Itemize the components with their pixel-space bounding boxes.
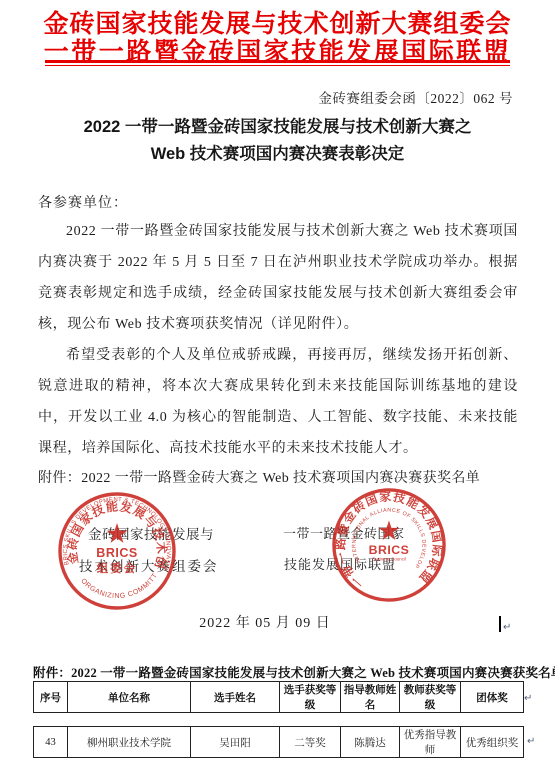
issue-date[interactable]: 2022 年 05 月 09 日 xyxy=(110,612,420,632)
col-header-competitor-award[interactable]: 选手获奖等级 xyxy=(280,682,341,713)
body-paragraph-2[interactable]: 希望受表彰的个人及单位戒骄戒躁，再接再厉，继续发扬开拓创新、锐意进取的精神，将本… xyxy=(38,340,518,464)
letterhead-rule-thick xyxy=(45,60,510,63)
cell-serial[interactable]: 43 xyxy=(34,727,68,758)
attachment-title[interactable]: 附件：2022 一带一路暨金砖国家技能发展与技术创新大赛之 Web 技术赛项国内… xyxy=(33,663,533,681)
table-header-row: 序号 单位名称 选手姓名 选手获奖等级 指导教师姓名 教师获奖等级 团体奖 xyxy=(34,682,524,713)
col-header-institution[interactable]: 单位名称 xyxy=(68,682,191,713)
col-header-competitor[interactable]: 选手姓名 xyxy=(191,682,280,713)
star-icon xyxy=(107,523,128,543)
cell-institution[interactable]: 柳州职业技术学院 xyxy=(68,727,191,758)
cell-instructor-award[interactable]: 优秀指导教师 xyxy=(400,727,461,758)
text-cursor xyxy=(499,616,501,632)
salutation[interactable]: 各参赛单位： xyxy=(38,192,128,212)
col-header-instructor-award[interactable]: 教师获奖等级 xyxy=(400,682,461,713)
organizing-committee-seal-icon: BRICS SKILLS DEVELOPMENT & TECHNOLOGY IN… xyxy=(56,490,178,612)
doc-number[interactable]: 金砖赛组委会函〔2022〕062 号 xyxy=(318,87,513,107)
body-paragraph-1[interactable]: 2022 一带一路暨金砖国家技能发展与技术创新大赛之 Web 技术赛项国内赛决赛… xyxy=(38,216,518,340)
awards-table-header: 序号 单位名称 选手姓名 选手获奖等级 指导教师姓名 教师获奖等级 团体奖 xyxy=(33,681,524,713)
letterhead-line2: 一带一路暨金砖国家技能发展国际联盟 xyxy=(0,32,555,68)
doc-title-line2[interactable]: Web 技术赛项国内赛决赛表彰决定 xyxy=(0,140,555,164)
cell-instructor[interactable]: 陈腾达 xyxy=(341,727,400,758)
cell-competitor-award[interactable]: 二等奖 xyxy=(280,727,341,758)
cell-team-award[interactable]: 优秀组织奖 xyxy=(461,727,524,758)
paragraph-mark-icon: ↵ xyxy=(527,736,535,747)
seal-brand: BRICS xyxy=(369,543,410,557)
document-page[interactable]: 金砖国家技能发展与技术创新大赛组委会 一带一路暨金砖国家技能发展国际联盟 金砖赛… xyxy=(0,0,555,762)
seal-brand: BRICS xyxy=(96,546,137,560)
attachment-reference[interactable]: 附件：2022 一带一路暨金砖大赛之 Web 技术赛项国内赛决赛获奖名单 xyxy=(38,467,480,487)
star-icon xyxy=(379,520,400,540)
cell-competitor[interactable]: 吴田阳 xyxy=(191,727,280,758)
col-header-serial[interactable]: 序号 xyxy=(34,682,68,713)
col-header-instructor[interactable]: 指导教师姓名 xyxy=(341,682,400,713)
alliance-seal-icon: 一带一路暨金砖国家技能发展国际联盟 INTERNATIONAL ALLIANCE… xyxy=(330,486,448,604)
paragraph-mark-icon: ↵ xyxy=(503,622,511,633)
col-header-team-award[interactable]: 团体奖 xyxy=(461,682,524,713)
seal-subtitle: Business Council xyxy=(372,557,406,562)
body-text[interactable]: 2022 一带一路暨金砖国家技能发展与技术创新大赛之 Web 技术赛项国内赛决赛… xyxy=(38,216,518,464)
table-row: 43 柳州职业技术学院 吴田阳 二等奖 陈腾达 优秀指导教师 优秀组织奖 xyxy=(34,727,524,758)
awards-table-row-fragment: 43 柳州职业技术学院 吴田阳 二等奖 陈腾达 优秀指导教师 优秀组织奖 xyxy=(33,726,524,758)
seal-center-chinese: 组委会 xyxy=(97,561,138,575)
doc-title-line1[interactable]: 2022 一带一路暨金砖国家技能发展与技术创新大赛之 xyxy=(0,113,555,137)
letterhead-rule-thin xyxy=(45,65,510,66)
paragraph-mark-icon: ↵ xyxy=(524,693,532,704)
